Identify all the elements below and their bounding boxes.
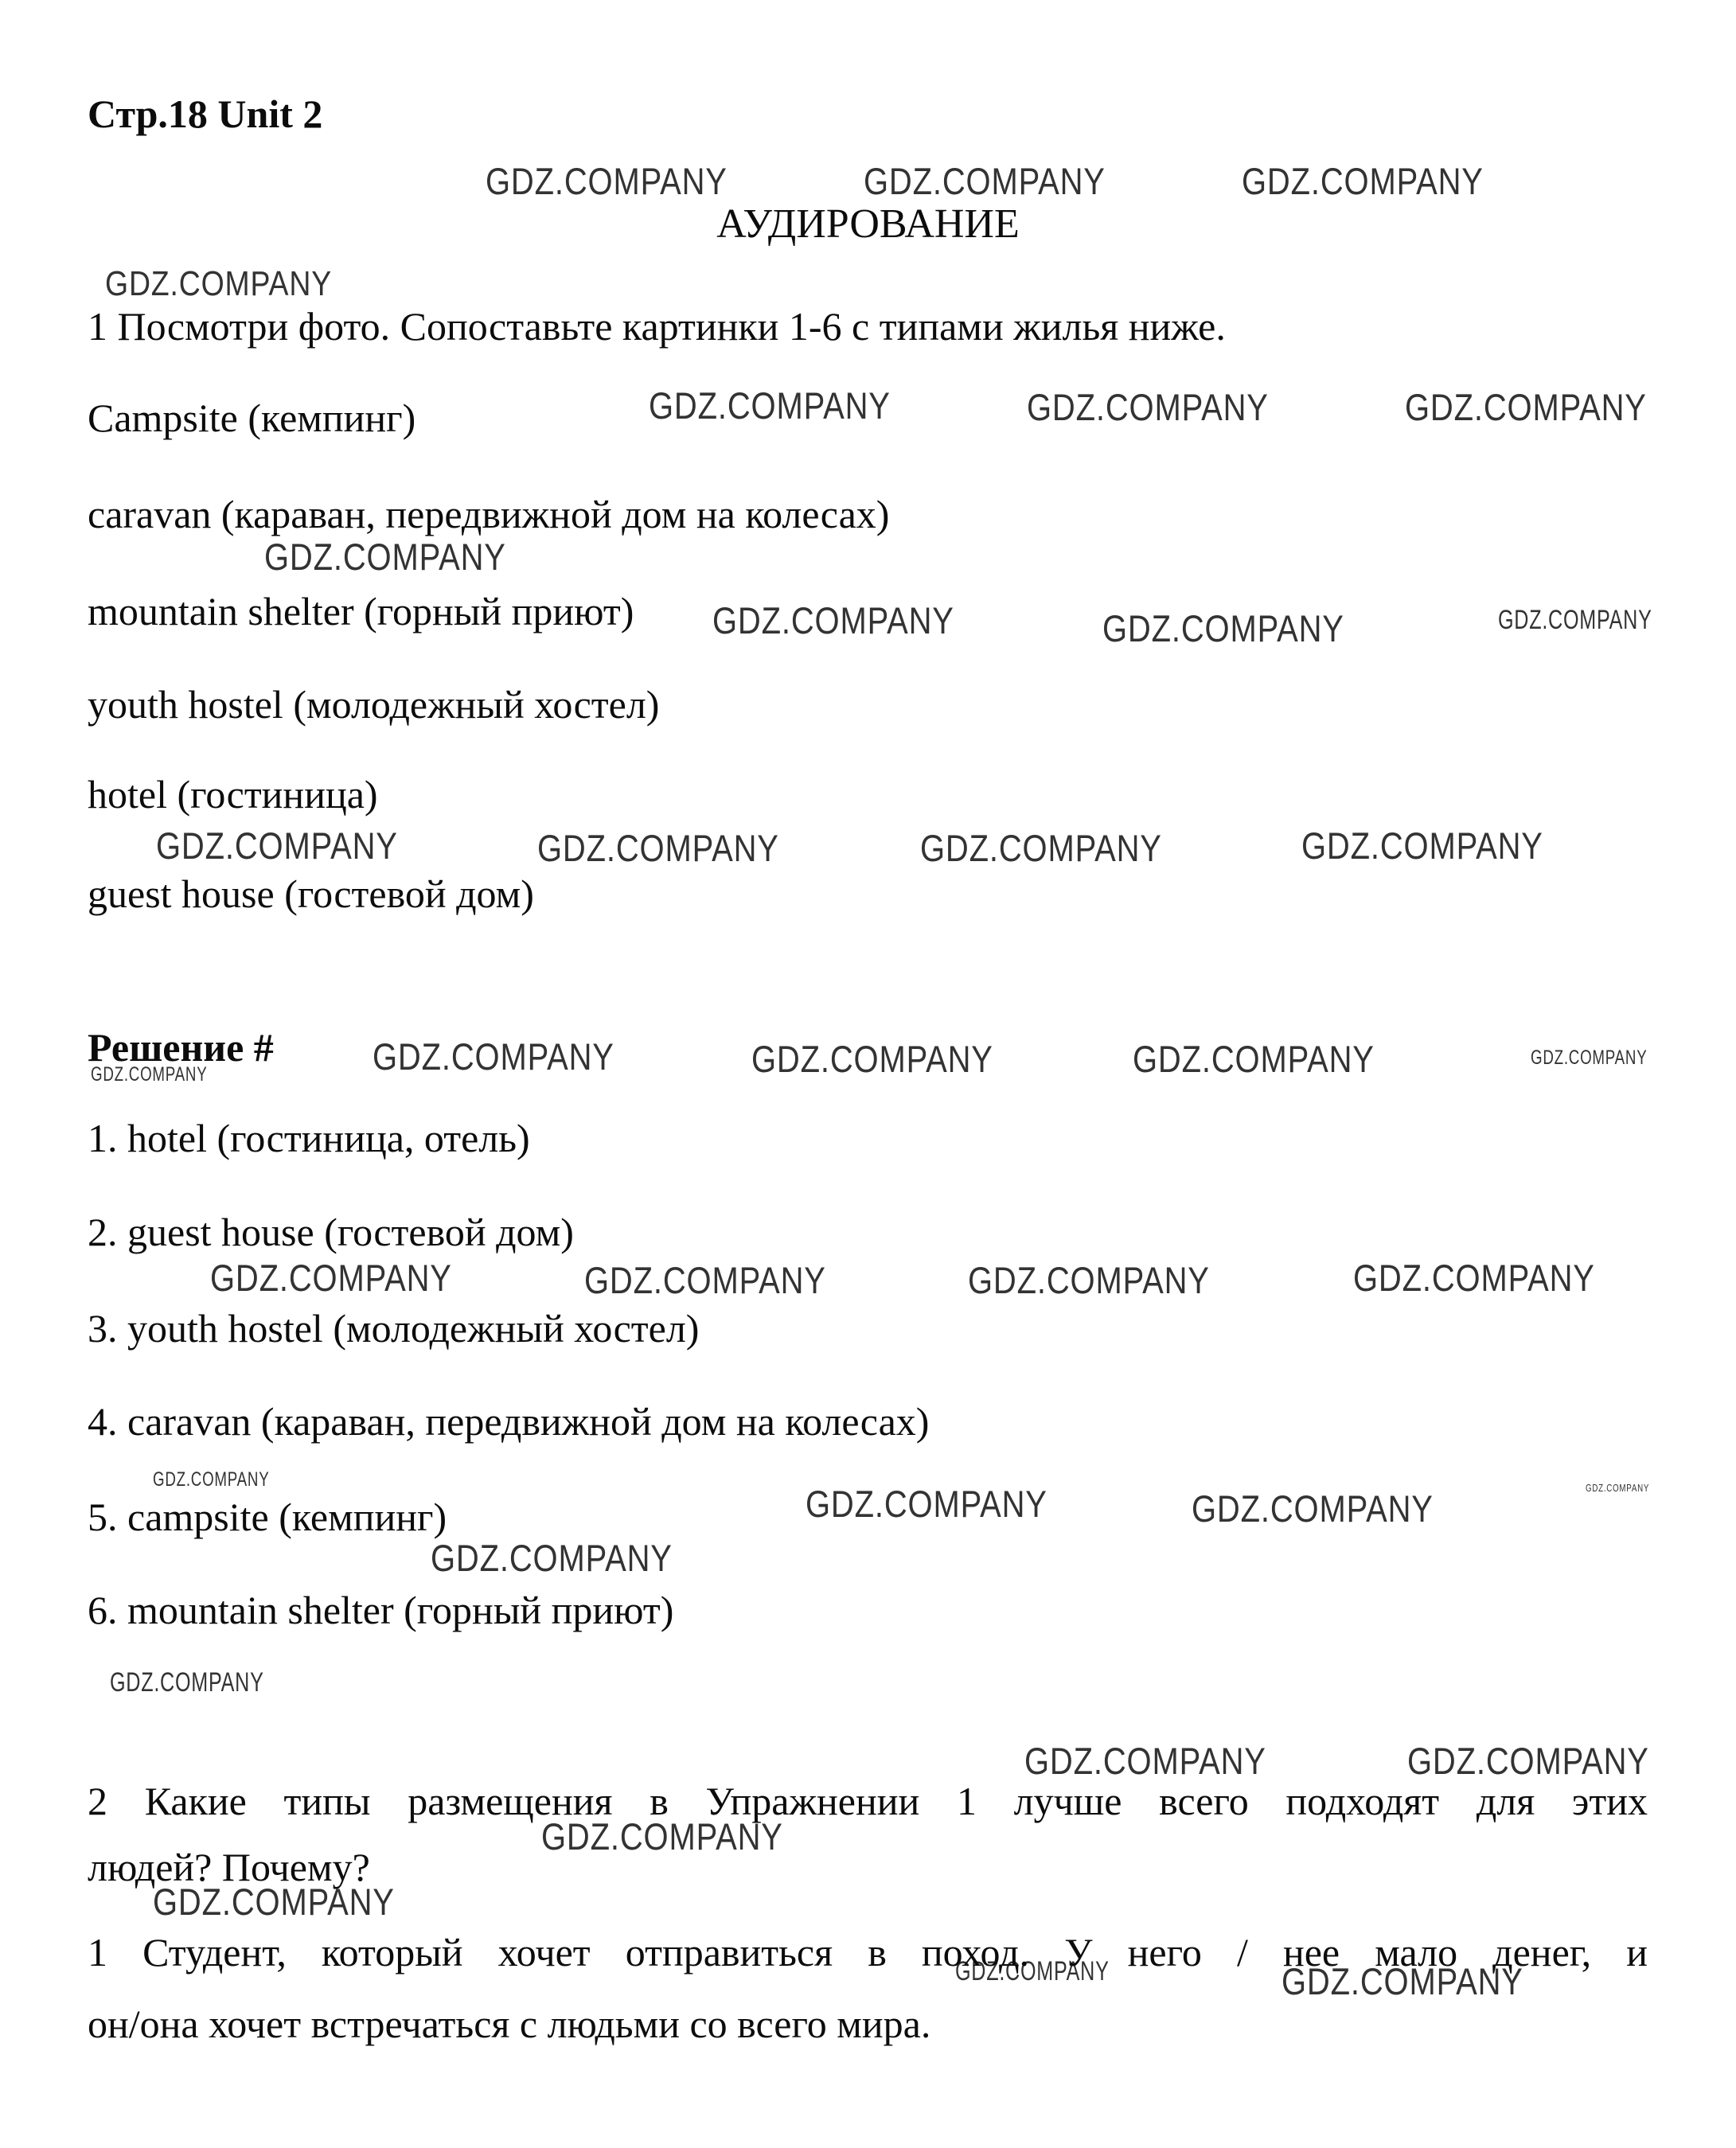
gdz-watermark: GDZ.COMPANY <box>156 824 398 867</box>
gdz-watermark: GDZ.COMPANY <box>1242 159 1484 203</box>
accommodation-option-campsite: Campsite (кемпинг) <box>88 396 415 440</box>
gdz-watermark: GDZ.COMPANY <box>1133 1037 1375 1081</box>
gdz-watermark: GDZ.COMPANY <box>537 826 779 870</box>
gdz-watermark: GDZ.COMPANY <box>153 1468 269 1491</box>
accommodation-option-shelter: mountain shelter (горный приют) <box>88 589 634 633</box>
gdz-watermark: GDZ.COMPANY <box>584 1258 826 1302</box>
gdz-watermark: GDZ.COMPANY <box>920 826 1162 870</box>
solution-answer-2: 2. guest house (гостевой дом) <box>88 1210 574 1254</box>
gdz-watermark: GDZ.COMPANY <box>1024 1739 1266 1783</box>
gdz-watermark: GDZ.COMPANY <box>1027 385 1269 429</box>
solution-answer-5: 5. campsite (кемпинг) <box>88 1495 447 1539</box>
gdz-watermark: GDZ.COMPANY <box>486 159 728 203</box>
gdz-watermark: GDZ.COMPANY <box>806 1482 1047 1526</box>
gdz-watermark: GDZ.COMPANY <box>751 1037 993 1081</box>
exercise1-instruction: 1 Посмотри фото. Сопоставьте картинки 1-… <box>88 304 1226 349</box>
exercise2-instruction-line1: 2 Какие типы размещения в Упражнении 1 л… <box>88 1779 1648 1823</box>
gdz-watermark: GDZ.COMPANY <box>649 384 891 427</box>
gdz-watermark: GDZ.COMPANY <box>110 1667 264 1698</box>
gdz-watermark: GDZ.COMPANY <box>1407 1739 1649 1783</box>
section-heading: АУДИРОВАНИЕ <box>0 201 1736 248</box>
accommodation-option-caravan: caravan (караван, передвижной дом на кол… <box>88 492 889 536</box>
page-title: Стр.18 Unit 2 <box>88 92 322 136</box>
gdz-watermark: GDZ.COMPANY <box>1405 385 1647 429</box>
gdz-watermark: GDZ.COMPANY <box>431 1536 673 1580</box>
gdz-watermark: GDZ.COMPANY <box>1102 606 1344 650</box>
solution-answer-6: 6. mountain shelter (горный приют) <box>88 1588 673 1632</box>
exercise2-case1-line1: 1 Студент, который хочет отправиться в п… <box>88 1930 1648 1975</box>
accommodation-option-hotel: hotel (гостиница) <box>88 772 378 817</box>
gdz-watermark: GDZ.COMPANY <box>1192 1487 1434 1530</box>
solution-answer-3: 3. youth hostel (молодежный хостел) <box>88 1306 699 1351</box>
solution-title: Решение # <box>88 1025 274 1070</box>
accommodation-option-hostel: youth hostel (молодежный хостел) <box>88 682 659 727</box>
gdz-watermark: GDZ.COMPANY <box>105 264 332 304</box>
solution-answer-4: 4. caravan (караван, передвижной дом на … <box>88 1399 929 1444</box>
gdz-watermark: GDZ.COMPANY <box>1301 824 1543 867</box>
gdz-watermark: GDZ.COMPANY <box>968 1258 1210 1302</box>
gdz-watermark: GDZ.COMPANY <box>264 535 506 579</box>
gdz-watermark: GDZ.COMPANY <box>210 1256 452 1300</box>
gdz-watermark: GDZ.COMPANY <box>1531 1047 1647 1070</box>
accommodation-option-guesthouse: guest house (гостевой дом) <box>88 871 534 916</box>
gdz-watermark: GDZ.COMPANY <box>1353 1256 1595 1300</box>
gdz-watermark: GDZ.COMPANY <box>712 598 954 642</box>
exercise2-instruction-line2: людей? Почему? <box>88 1845 370 1889</box>
gdz-watermark: GDZ.COMPANY <box>864 159 1106 203</box>
gdz-watermark: GDZ.COMPANY <box>1586 1482 1649 1494</box>
document-page: Стр.18 Unit 2 АУДИРОВАНИЕ 1 Посмотри фот… <box>0 0 1736 2148</box>
gdz-watermark: GDZ.COMPANY <box>373 1035 614 1078</box>
gdz-watermark: GDZ.COMPANY <box>1498 605 1652 636</box>
exercise2-case1-line2: он/она хочет встречаться с людьми со все… <box>88 2002 930 2046</box>
solution-answer-1: 1. hotel (гостиница, отель) <box>88 1116 530 1160</box>
